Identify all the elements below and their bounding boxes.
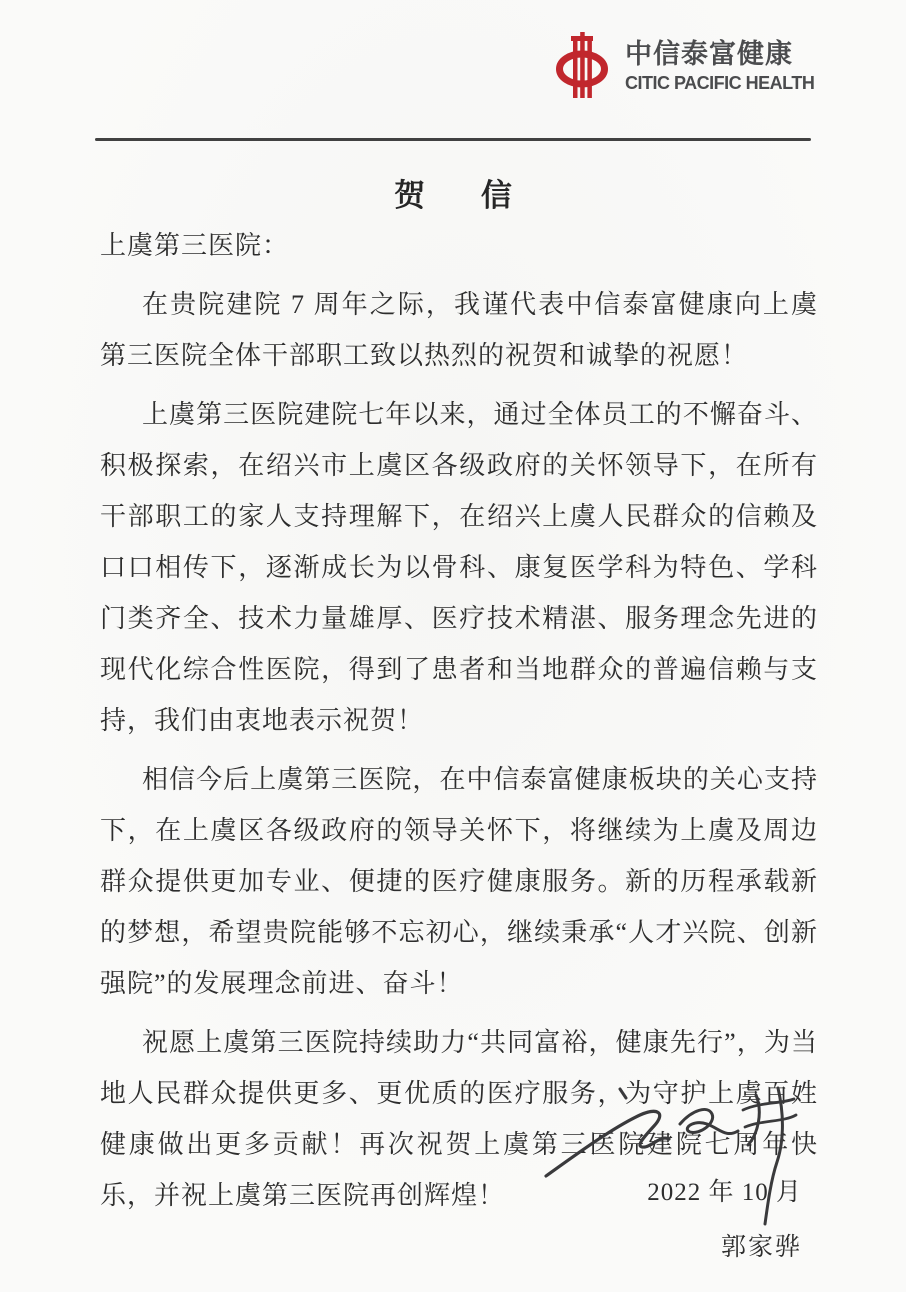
signature-date: 2022 年 10 月: [647, 1172, 802, 1208]
citic-logo-icon: [556, 31, 610, 103]
paragraph-2: 上虞第三医院建院七年以来，通过全体员工的不懈奋斗、积极探索，在绍兴市上虞区各级政…: [100, 389, 818, 746]
brand-logo: 中信泰富健康 CITIC PACIFIC HEALTH: [556, 31, 814, 103]
salutation: 上虞第三医院：: [100, 220, 818, 271]
paragraph-3: 相信今后上虞第三医院，在中信泰富健康板块的关心支持下，在上虞区各级政府的领导关怀…: [100, 754, 818, 1009]
paragraph-1: 在贵院建院 7 周年之际，我谨代表中信泰富健康向上虞第三医院全体干部职工致以热烈…: [100, 279, 818, 381]
brand-name-en: CITIC PACIFIC HEALTH: [625, 73, 814, 94]
letter-title: 贺 信: [0, 170, 906, 215]
letter-page: 中信泰富健康 CITIC PACIFIC HEALTH 贺 信 上虞第三医院： …: [0, 0, 906, 1292]
brand-name-cn: 中信泰富健康: [625, 40, 814, 70]
header-divider: [95, 138, 811, 141]
letter-body: 上虞第三医院： 在贵院建院 7 周年之际，我谨代表中信泰富健康向上虞第三医院全体…: [100, 220, 818, 1221]
brand-text: 中信泰富健康 CITIC PACIFIC HEALTH: [625, 40, 814, 94]
signer-name: 郭家骅: [721, 1227, 802, 1263]
